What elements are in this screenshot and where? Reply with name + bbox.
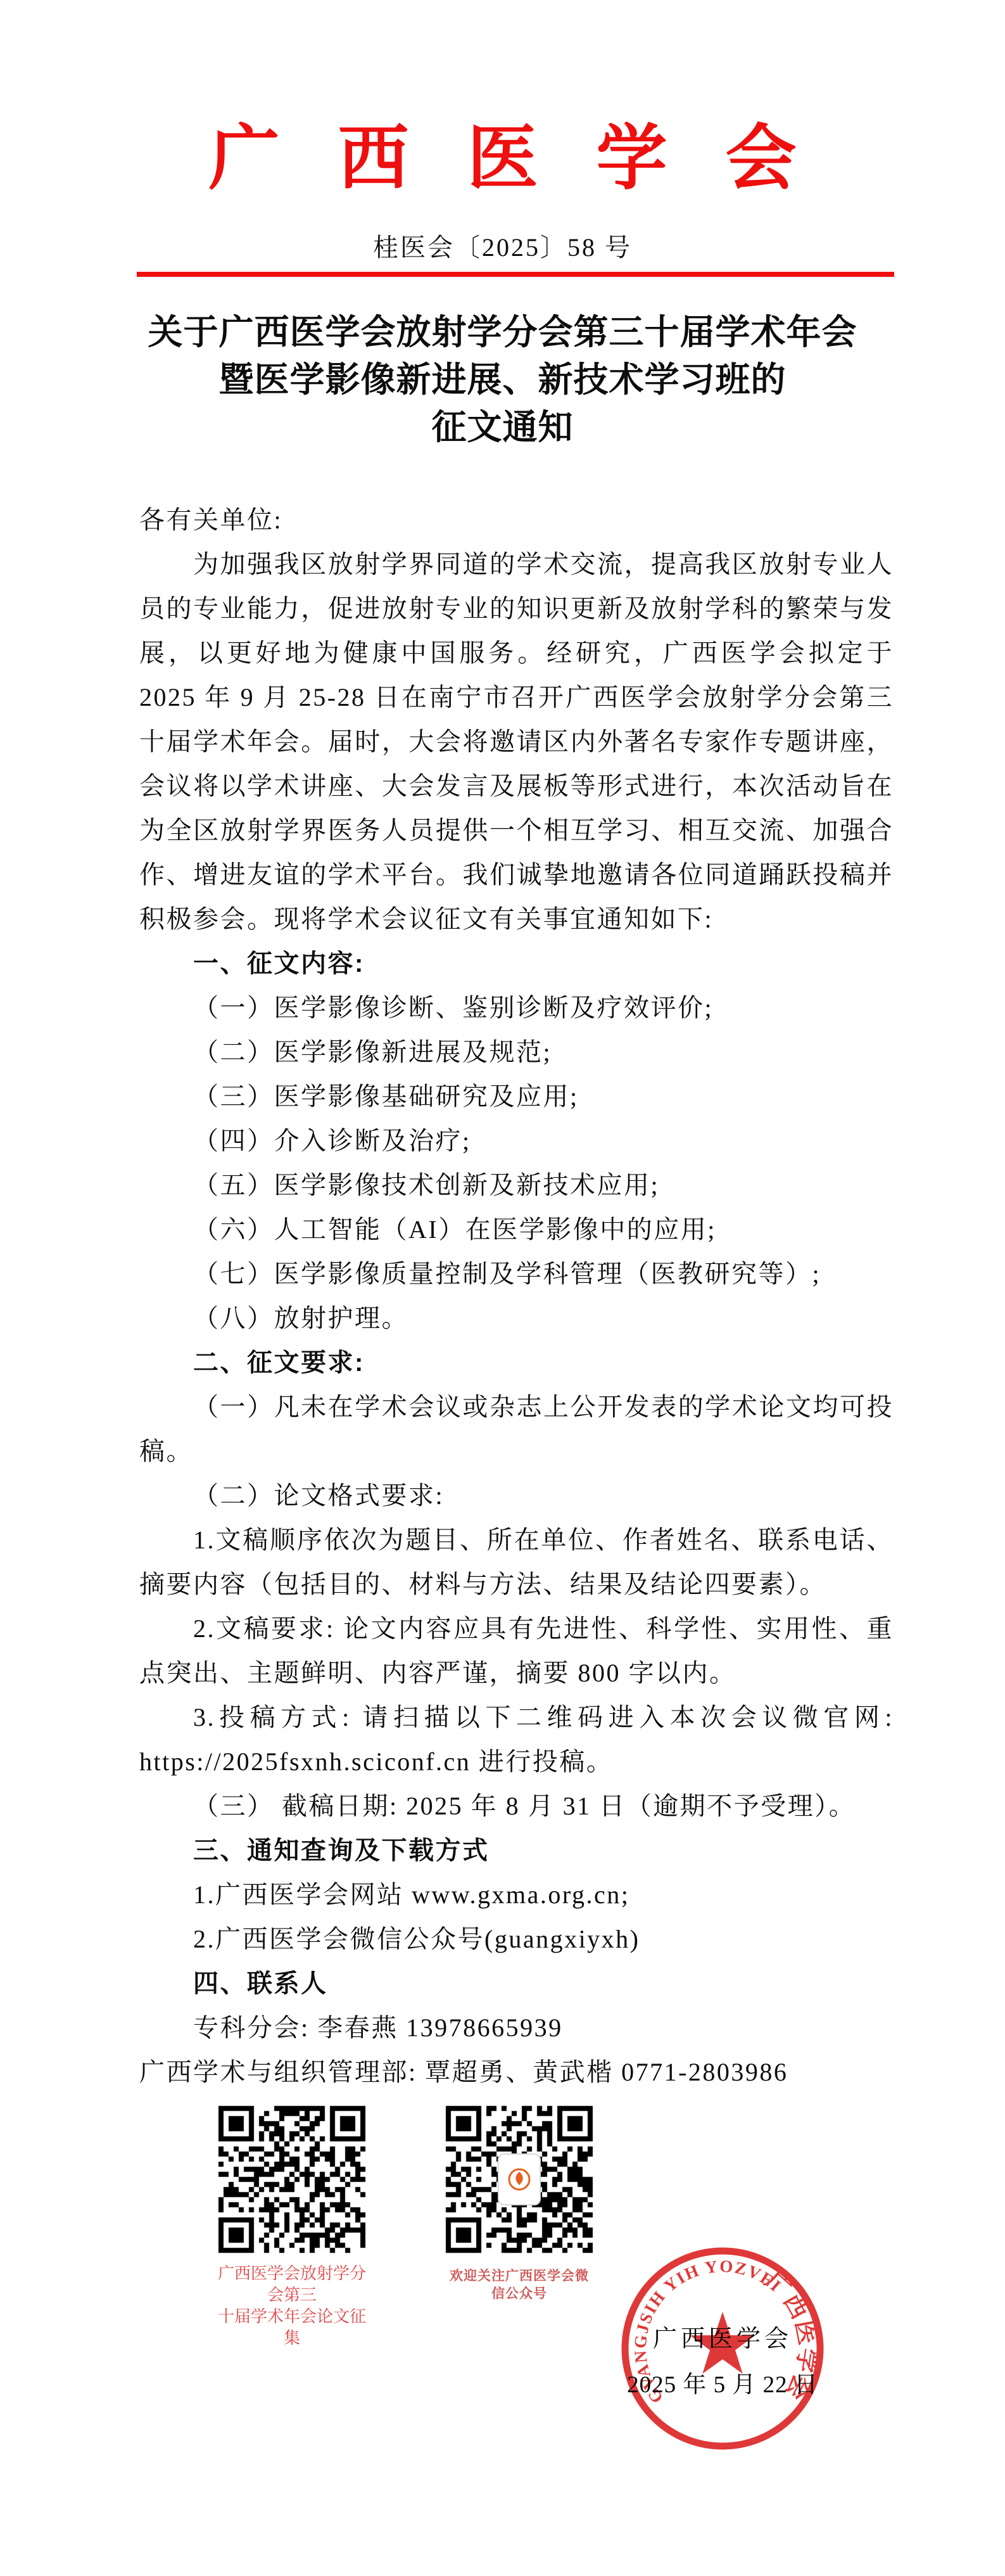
qr-caption-submission-line2: 十届学术年会论文征集 [216,2306,368,2349]
notice-title-line1: 关于广西医学会放射学分会第三十届学术年会 [0,309,1005,356]
body-paragraph: 各有关单位: [139,498,894,542]
notice-title-line3: 征文通知 [0,404,1005,451]
body-paragraph: 专科分会: 李春燕 13978665939 [139,2006,894,2050]
red-divider-line [137,272,894,277]
qr-code-section: 广西医学会放射学分会第三 十届学术年会论文征集 欢迎关注广西医学会微信公众号 [216,2103,1005,2349]
document-number: 桂医会〔2025〕58 号 [0,235,1005,260]
qr-block-submission: 广西医学会放射学分会第三 十届学术年会论文征集 [216,2103,368,2349]
body-paragraph: （二）论文格式要求: [139,1474,894,1518]
notice-body: 各有关单位:为加强我区放射学界同道的学术交流，提高我区放射专业人员的专业能力，促… [0,498,1005,2095]
body-paragraph: 3.投稿方式: 请扫描以下二维码进入本次会议微官网: https://2025f… [139,1695,894,1784]
body-paragraph: （七）医学影像质量控制及学科管理（医教研究等）; [139,1252,894,1296]
qr-caption-submission-line1: 广西医学会放射学分会第三 [216,2263,368,2306]
body-paragraph: 1.广西医学会网站 www.gxma.org.cn; [139,1873,894,1917]
body-paragraph: 为加强我区放射学界同道的学术交流，提高我区放射专业人员的专业能力，促进放射专业的… [139,542,894,941]
qr-block-wechat: 欢迎关注广西医学会微信公众号 [443,2103,595,2349]
section-heading: 一、征文内容: [139,941,894,986]
qr-code-paper-submission [216,2103,368,2255]
issuer-signature: 广西医学会 [615,2319,830,2354]
body-paragraph: （一）凡未在学术会议或杂志上公开发表的学术论文均可投稿。 [139,1385,894,1474]
official-notice-page: 广西医学会 桂医会〔2025〕58 号 关于广西医学会放射学分会第三十届学术年会… [0,0,1005,2576]
notice-title: 关于广西医学会放射学分会第三十届学术年会 暨医学影像新进展、新技术学习班的 征文… [0,309,1005,451]
section-heading: 三、通知查询及下载方式 [139,1828,894,1873]
organization-name: 广西医学会 [0,0,1005,198]
body-paragraph: 广西学术与组织管理部: 覃超勇、黄武楷 0771-2803986 [139,2050,894,2095]
section-heading: 四、联系人 [139,1961,894,2006]
body-paragraph: （二）医学影像新进展及规范; [139,1030,894,1074]
section-heading: 二、征文要求: [139,1341,894,1385]
body-paragraph: 1.文稿顺序依次为题目、所在单位、作者姓名、联系电话、摘要内容（包括目的、材料与… [139,1518,894,1607]
body-paragraph: （六）人工智能（AI）在医学影像中的应用; [139,1208,894,1252]
qr-caption-wechat: 欢迎关注广西医学会微信公众号 [443,2267,595,2302]
issue-date: 2025 年 5 月 22 日 [589,2365,856,2399]
body-paragraph: （四）介入诊断及治疗; [139,1119,894,1163]
body-paragraph: 2.广西医学会微信公众号(guangxiyxh) [139,1917,894,1961]
wechat-qr-center-logo [498,2153,541,2205]
body-paragraph: （三） 截稿日期: 2025 年 8 月 31 日（逾期不予受理）。 [139,1784,894,1828]
body-paragraph: （一）医学影像诊断、鉴别诊断及疗效评价; [139,986,894,1030]
qr-caption-submission: 广西医学会放射学分会第三 十届学术年会论文征集 [216,2263,368,2349]
body-paragraph: （五）医学影像技术创新及新技术应用; [139,1163,894,1208]
notice-title-line2: 暨医学影像新进展、新技术学习班的 [0,356,1005,404]
body-paragraph: 2.文稿要求: 论文内容应具有先进性、科学性、实用性、重点突出、主题鲜明、内容严… [139,1607,894,1695]
body-paragraph: （三）医学影像基础研究及应用; [139,1074,894,1119]
medical-association-emblem-icon [507,2163,532,2196]
body-paragraph: （八）放射护理。 [139,1296,894,1341]
